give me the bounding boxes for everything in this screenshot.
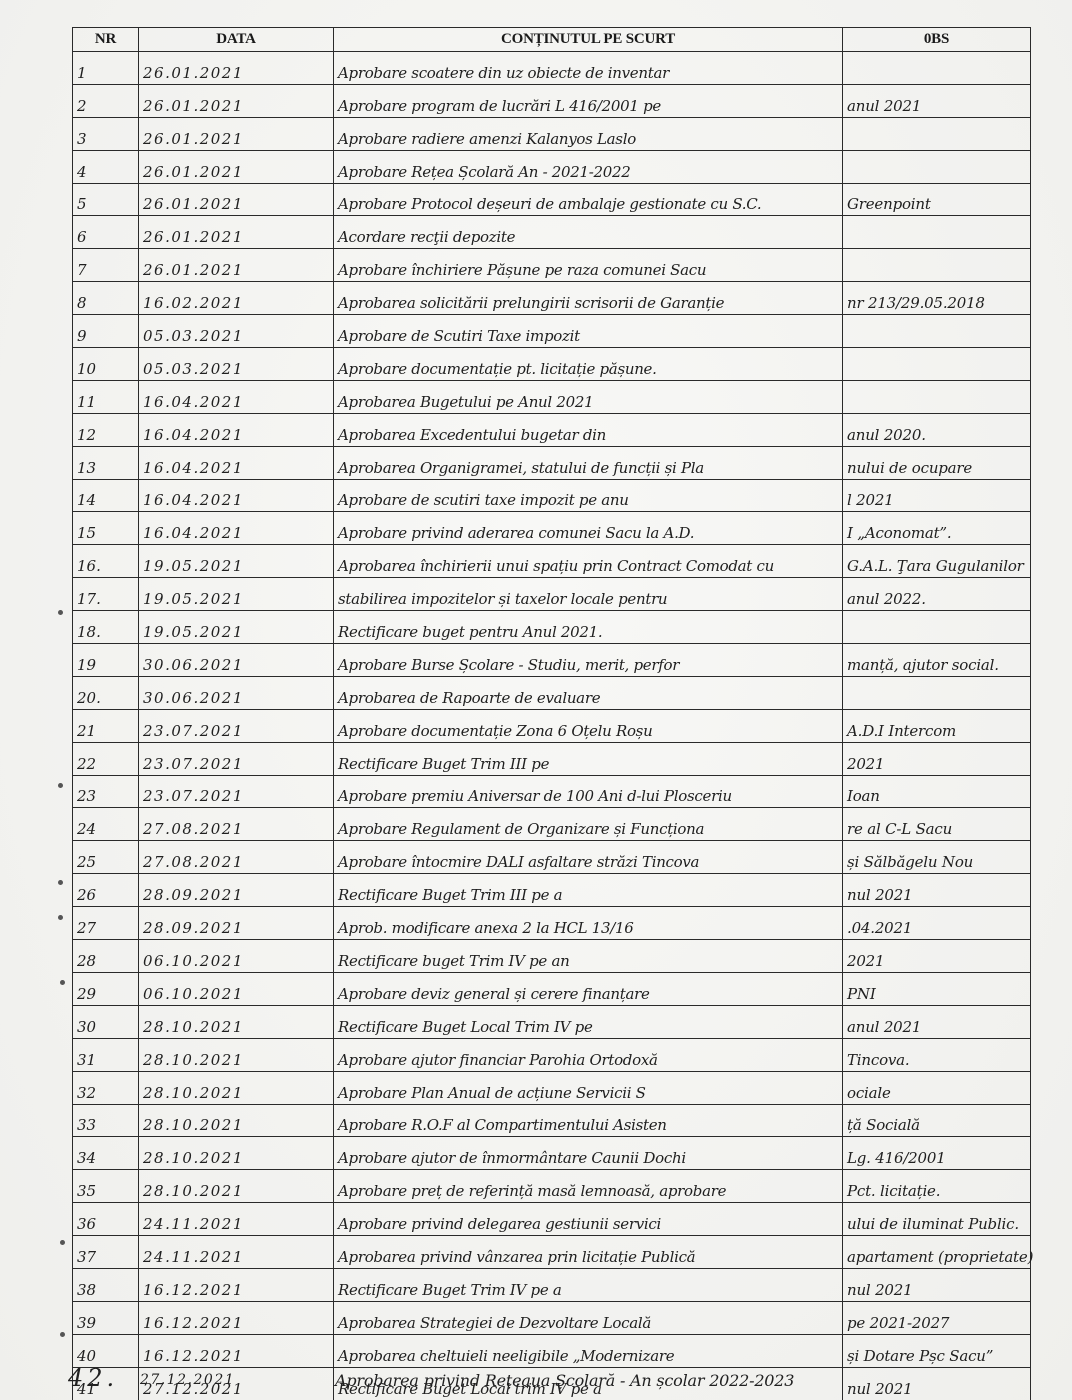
row-content: Aprobarea Bugetului pe Anul 2021: [334, 380, 843, 413]
row-number: 32: [73, 1071, 139, 1104]
row-date: 28.10.2021: [139, 1170, 334, 1203]
row-date: 06.10.2021: [139, 972, 334, 1005]
row-obs: [843, 676, 1031, 709]
row-number: 27: [73, 907, 139, 940]
row-date: 16.04.2021: [139, 512, 334, 545]
table-row: 816.02.2021Aprobarea solicitării prelung…: [73, 282, 1031, 315]
row-number: 5: [73, 183, 139, 216]
row-obs: nului de ocupare: [843, 446, 1031, 479]
row-obs: pe 2021-2027: [843, 1301, 1031, 1334]
decisions-register-table: NR DATA CONȚINUTUL PE SCURT 0BS 126.01.2…: [72, 27, 1031, 1400]
register-rows: 126.01.2021Aprobare scoatere din uz obie…: [73, 52, 1031, 1400]
table-row: 2728.09.2021Aprob. modificare anexa 2 la…: [73, 907, 1031, 940]
row-content: Aprobare documentație Zona 6 Oțelu Roșu: [334, 709, 843, 742]
row-date: 16.04.2021: [139, 479, 334, 512]
row-obs: PNI: [843, 972, 1031, 1005]
table-row: 1316.04.2021Aprobarea Organigramei, stat…: [73, 446, 1031, 479]
row-content: Aprobare program de lucrări L 416/2001 p…: [334, 84, 843, 117]
row-content: Aprobare documentație pt. licitație pășu…: [334, 348, 843, 381]
table-row: 3428.10.2021Aprobare ajutor de înmormânt…: [73, 1137, 1031, 1170]
row-obs: Pct. licitație.: [843, 1170, 1031, 1203]
row-obs: nul 2021: [843, 1268, 1031, 1301]
row-number: 33: [73, 1104, 139, 1137]
row-obs: [843, 150, 1031, 183]
row-number: 11: [73, 380, 139, 413]
table-row: 3724.11.2021Aprobarea privind vânzarea p…: [73, 1236, 1031, 1269]
table-row: 18.19.05.2021Rectificare buget pentru An…: [73, 611, 1031, 644]
row-date: 27.08.2021: [139, 808, 334, 841]
row-number: 4: [73, 150, 139, 183]
row-number: 12: [73, 413, 139, 446]
row-obs: A.D.I Intercom: [843, 709, 1031, 742]
row-content: Aprobare deviz general și cerere finanța…: [334, 972, 843, 1005]
row-obs: ului de iluminat Public.: [843, 1203, 1031, 1236]
header-row: NR DATA CONȚINUTUL PE SCURT 0BS: [73, 28, 1031, 52]
row-number: 19: [73, 644, 139, 677]
row-obs: 2021: [843, 940, 1031, 973]
row-content: stabilirea impozitelor și taxelor locale…: [334, 578, 843, 611]
row-number: 15: [73, 512, 139, 545]
table-row: 2223.07.2021Rectificare Buget Trim III p…: [73, 742, 1031, 775]
row-number: 38: [73, 1268, 139, 1301]
row-obs: 2021: [843, 742, 1031, 775]
table-row: 1116.04.2021Aprobarea Bugetului pe Anul …: [73, 380, 1031, 413]
row-date: 23.07.2021: [139, 775, 334, 808]
row-date: 26.01.2021: [139, 183, 334, 216]
row-number: 20.: [73, 676, 139, 709]
row-number: 31: [73, 1038, 139, 1071]
row-date: 27.12.2021: [140, 1372, 335, 1392]
row-obs: apartament (proprietate): [843, 1236, 1031, 1269]
row-obs: [843, 52, 1031, 85]
row-date: 19.05.2021: [139, 578, 334, 611]
row-obs: Ioan: [843, 775, 1031, 808]
row-date: 26.01.2021: [139, 150, 334, 183]
row-date: 26.01.2021: [139, 216, 334, 249]
row-number: 28: [73, 940, 139, 973]
row-content: Aprobarea de Rapoarte de evaluare: [334, 676, 843, 709]
row-content: Rectificare Buget Local Trim IV pe: [334, 1005, 843, 1038]
row-date: 28.10.2021: [139, 1005, 334, 1038]
row-content: Aprobare ajutor de înmormântare Caunii D…: [334, 1137, 843, 1170]
row-obs: ță Socială: [843, 1104, 1031, 1137]
row-date: 23.07.2021: [139, 709, 334, 742]
row-obs: și Sălbăgelu Nou: [843, 841, 1031, 874]
header-obs: 0BS: [843, 28, 1031, 52]
row-obs: Lg. 416/2001: [843, 1137, 1031, 1170]
row-date: 28.10.2021: [139, 1071, 334, 1104]
row-number: 13: [73, 446, 139, 479]
row-obs: l 2021: [843, 479, 1031, 512]
table-row: 1930.06.2021Aprobare Burse Școlare - Stu…: [73, 644, 1031, 677]
extra-row-outside-table: 42. 27.12.2021 Aprobarea privind Rețeaua…: [68, 1352, 1028, 1392]
row-date: 30.06.2021: [139, 676, 334, 709]
margin-mark: [60, 1332, 65, 1337]
table-row: 3128.10.2021Aprobare ajutor financiar Pa…: [73, 1038, 1031, 1071]
row-content: Aprobare privind aderarea comunei Sacu l…: [334, 512, 843, 545]
table-row: 2806.10.2021Rectificare buget Trim IV pe…: [73, 940, 1031, 973]
row-obs: nr 213/29.05.2018: [843, 282, 1031, 315]
row-number: 22: [73, 742, 139, 775]
table-row: 1216.04.2021Aprobarea Excedentului buget…: [73, 413, 1031, 446]
row-number: 36: [73, 1203, 139, 1236]
row-obs: manță, ajutor social.: [843, 644, 1031, 677]
row-obs: anul 2021: [843, 1005, 1031, 1038]
table-row: 3816.12.2021Rectificare Buget Trim IV pe…: [73, 1268, 1031, 1301]
row-obs: [843, 249, 1031, 282]
row-content: Aprobare Regulament de Organizare și Fun…: [334, 808, 843, 841]
row-date: 28.10.2021: [139, 1137, 334, 1170]
table-row: 1516.04.2021Aprobare privind aderarea co…: [73, 512, 1031, 545]
row-content: Aprobare premiu Aniversar de 100 Ani d-l…: [334, 775, 843, 808]
header-nr: NR: [73, 28, 139, 52]
row-content: Acordare recţii depozite: [334, 216, 843, 249]
row-date: 19.05.2021: [139, 545, 334, 578]
row-date: 26.01.2021: [139, 84, 334, 117]
row-number: 39: [73, 1301, 139, 1334]
row-date: 05.03.2021: [139, 348, 334, 381]
row-content: Aprobare Rețea Școlară An - 2021-2022: [334, 150, 843, 183]
table-row: 3028.10.2021Rectificare Buget Local Trim…: [73, 1005, 1031, 1038]
row-number: 8: [73, 282, 139, 315]
row-date: 28.10.2021: [139, 1038, 334, 1071]
row-date: 23.07.2021: [139, 742, 334, 775]
table-row: 3624.11.2021Aprobare privind delegarea g…: [73, 1203, 1031, 1236]
margin-mark: [60, 980, 65, 985]
row-obs: anul 2021: [843, 84, 1031, 117]
table-row: 2123.07.2021Aprobare documentație Zona 6…: [73, 709, 1031, 742]
table-row: 326.01.2021Aprobare radiere amenzi Kalan…: [73, 117, 1031, 150]
table-row: 126.01.2021Aprobare scoatere din uz obie…: [73, 52, 1031, 85]
table-row: 726.01.2021Aprobare închiriere Pășune pe…: [73, 249, 1031, 282]
table-row: 20.30.06.2021Aprobarea de Rapoarte de ev…: [73, 676, 1031, 709]
row-content: Aprobarea Excedentului bugetar din: [334, 413, 843, 446]
table-row: 905.03.2021Aprobare de Scutiri Taxe impo…: [73, 315, 1031, 348]
row-number: 26: [73, 874, 139, 907]
row-obs: re al C-L Sacu: [843, 808, 1031, 841]
table-row: 3528.10.2021Aprobare preț de referință m…: [73, 1170, 1031, 1203]
row-date: 27.08.2021: [139, 841, 334, 874]
row-content: Rectificare buget Trim IV pe an: [334, 940, 843, 973]
row-obs: nul 2021: [843, 874, 1031, 907]
row-date: 05.03.2021: [139, 315, 334, 348]
row-obs: [843, 216, 1031, 249]
header-date: DATA: [139, 28, 334, 52]
row-date: 26.01.2021: [139, 117, 334, 150]
margin-mark: [58, 880, 63, 885]
row-number: 42.: [68, 1364, 140, 1392]
row-number: 35: [73, 1170, 139, 1203]
row-obs: G.A.L. Ţara Gugulanilor: [843, 545, 1031, 578]
row-content: Aprobare privind delegarea gestiunii ser…: [334, 1203, 843, 1236]
row-content: Aprobare Plan Anual de acțiune Servicii …: [334, 1071, 843, 1104]
row-date: 16.12.2021: [139, 1268, 334, 1301]
row-date: 16.12.2021: [139, 1301, 334, 1334]
row-number: 7: [73, 249, 139, 282]
row-number: 23: [73, 775, 139, 808]
row-obs: I „Aconomat”.: [843, 512, 1031, 545]
row-content: Aprobare Protocol deșeuri de ambalaje ge…: [334, 183, 843, 216]
row-content: Aprobare scoatere din uz obiecte de inve…: [334, 52, 843, 85]
table-row: 2906.10.2021Aprobare deviz general și ce…: [73, 972, 1031, 1005]
row-number: 9: [73, 315, 139, 348]
row-date: 28.10.2021: [139, 1104, 334, 1137]
row-date: 16.04.2021: [139, 380, 334, 413]
table-row: 2323.07.2021Aprobare premiu Aniversar de…: [73, 775, 1031, 808]
row-content: Aprobare de Scutiri Taxe impozit: [334, 315, 843, 348]
row-date: 16.02.2021: [139, 282, 334, 315]
row-number: 17.: [73, 578, 139, 611]
row-content: Rectificare Buget Trim III pe: [334, 742, 843, 775]
row-obs: .04.2021: [843, 907, 1031, 940]
row-content: Aprobare de scutiri taxe impozit pe anu: [334, 479, 843, 512]
table-row: 3328.10.2021Aprobare R.O.F al Compartime…: [73, 1104, 1031, 1137]
row-number: 25: [73, 841, 139, 874]
row-date: 16.04.2021: [139, 413, 334, 446]
table-row: 1416.04.2021Aprobare de scutiri taxe imp…: [73, 479, 1031, 512]
row-content: Aprobare R.O.F al Compartimentului Asist…: [334, 1104, 843, 1137]
row-obs: Greenpoint: [843, 183, 1031, 216]
row-date: 26.01.2021: [139, 249, 334, 282]
table-row: 16.19.05.2021Aprobarea închirierii unui …: [73, 545, 1031, 578]
table-row: 2427.08.2021Aprobare Regulament de Organ…: [73, 808, 1031, 841]
row-content: Aprobare întocmire DALI asfaltare străzi…: [334, 841, 843, 874]
row-number: 16.: [73, 545, 139, 578]
row-date: 26.01.2021: [139, 52, 334, 85]
row-obs: [843, 348, 1031, 381]
scanned-page: NR DATA CONȚINUTUL PE SCURT 0BS 126.01.2…: [0, 0, 1072, 1400]
row-content: Aprobarea solicitării prelungirii scriso…: [334, 282, 843, 315]
row-date: 28.09.2021: [139, 907, 334, 940]
margin-mark: [58, 783, 63, 788]
row-date: 24.11.2021: [139, 1236, 334, 1269]
row-number: 3: [73, 117, 139, 150]
row-number: 24: [73, 808, 139, 841]
row-content: Aprobare închiriere Pășune pe raza comun…: [334, 249, 843, 282]
row-date: 30.06.2021: [139, 644, 334, 677]
table-row: 426.01.2021Aprobare Rețea Școlară An - 2…: [73, 150, 1031, 183]
row-number: 37: [73, 1236, 139, 1269]
row-obs: [843, 611, 1031, 644]
row-date: 06.10.2021: [139, 940, 334, 973]
row-content: Aprobarea Strategiei de Dezvoltare Local…: [334, 1301, 843, 1334]
margin-mark: [60, 1240, 65, 1245]
row-number: 21: [73, 709, 139, 742]
table-row: 626.01.2021Acordare recţii depozite: [73, 216, 1031, 249]
row-content: Aprobarea privind Rețeaua Școlară - An ș…: [335, 1371, 794, 1392]
row-date: 28.09.2021: [139, 874, 334, 907]
table-row: 2527.08.2021Aprobare întocmire DALI asfa…: [73, 841, 1031, 874]
row-obs: [843, 315, 1031, 348]
row-number: 2: [73, 84, 139, 117]
row-number: 6: [73, 216, 139, 249]
row-content: Aprobarea privind vânzarea prin licitați…: [334, 1236, 843, 1269]
row-content: Aprob. modificare anexa 2 la HCL 13/16: [334, 907, 843, 940]
row-content: Aprobare ajutor financiar Parohia Ortodo…: [334, 1038, 843, 1071]
row-content: Aprobarea închirierii unui spațiu prin C…: [334, 545, 843, 578]
table-row: 2628.09.2021Rectificare Buget Trim III p…: [73, 874, 1031, 907]
row-content: Aprobare radiere amenzi Kalanyos Laslo: [334, 117, 843, 150]
row-content: Aprobare Burse Școlare - Studiu, merit, …: [334, 644, 843, 677]
row-obs: [843, 117, 1031, 150]
table-row: 1005.03.2021Aprobare documentație pt. li…: [73, 348, 1031, 381]
row-obs: [843, 380, 1031, 413]
row-number: 18.: [73, 611, 139, 644]
row-date: 19.05.2021: [139, 611, 334, 644]
table-row: 226.01.2021Aprobare program de lucrări L…: [73, 84, 1031, 117]
margin-mark: [58, 610, 63, 615]
row-obs: ociale: [843, 1071, 1031, 1104]
row-content: Aprobare preț de referință masă lemnoasă…: [334, 1170, 843, 1203]
row-content: Rectificare Buget Trim III pe a: [334, 874, 843, 907]
row-content: Rectificare Buget Trim IV pe a: [334, 1268, 843, 1301]
row-date: 16.04.2021: [139, 446, 334, 479]
table-row: 17.19.05.2021stabilirea impozitelor și t…: [73, 578, 1031, 611]
row-number: 1: [73, 52, 139, 85]
row-obs: Tincova.: [843, 1038, 1031, 1071]
row-content: Rectificare buget pentru Anul 2021.: [334, 611, 843, 644]
row-number: 29: [73, 972, 139, 1005]
row-date: 24.11.2021: [139, 1203, 334, 1236]
row-obs: anul 2020.: [843, 413, 1031, 446]
row-number: 10: [73, 348, 139, 381]
table-row: 3228.10.2021Aprobare Plan Anual de acțiu…: [73, 1071, 1031, 1104]
row-number: 14: [73, 479, 139, 512]
margin-mark: [58, 915, 63, 920]
header-content: CONȚINUTUL PE SCURT: [334, 28, 843, 52]
row-number: 30: [73, 1005, 139, 1038]
table-row: 526.01.2021Aprobare Protocol deșeuri de …: [73, 183, 1031, 216]
row-content: Aprobarea Organigramei, statului de func…: [334, 446, 843, 479]
row-obs: anul 2022.: [843, 578, 1031, 611]
row-number: 34: [73, 1137, 139, 1170]
table-row: 3916.12.2021Aprobarea Strategiei de Dezv…: [73, 1301, 1031, 1334]
